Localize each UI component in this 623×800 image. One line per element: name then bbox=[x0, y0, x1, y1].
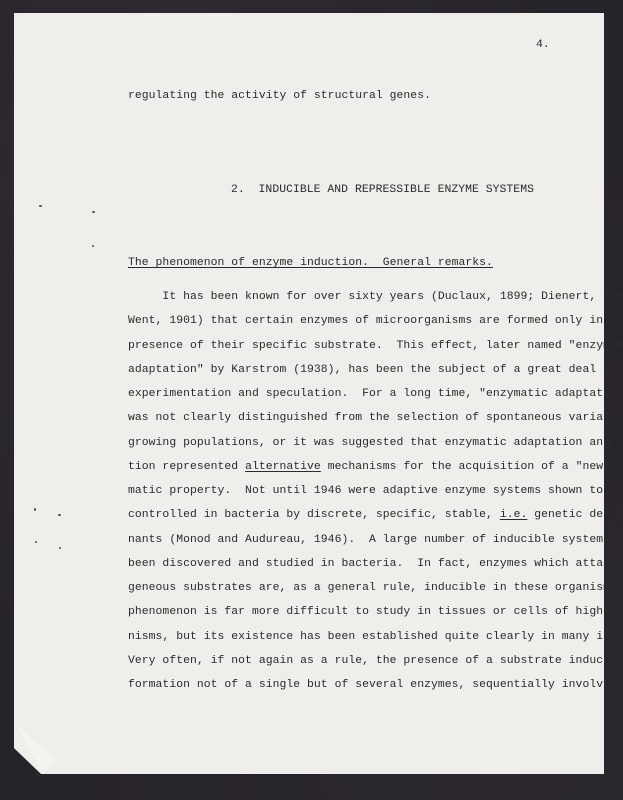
underlined-emphasis: i.e. bbox=[500, 509, 528, 521]
body-line: growing populations, or it was suggested… bbox=[128, 438, 623, 449]
body-line: geneous substrates are, as a general rul… bbox=[128, 583, 623, 594]
continuation-line: regulating the activity of structural ge… bbox=[128, 91, 431, 102]
paper-speck bbox=[59, 547, 61, 549]
page-number: 4. bbox=[536, 40, 550, 51]
body-line: adaptation" by Karstrom (1938), has been… bbox=[128, 365, 617, 376]
body-line: was not clearly distinguished from the s… bbox=[128, 413, 623, 424]
body-line: Went, 1901) that certain enzymes of micr… bbox=[128, 316, 623, 327]
subheading: The phenomenon of enzyme induction. Gene… bbox=[128, 258, 493, 269]
body-text: controlled in bacteria by discrete, spec… bbox=[128, 509, 500, 521]
body-line: phenomenon is far more difficult to stud… bbox=[128, 607, 623, 618]
body-line: presence of their specific substrate. Th… bbox=[128, 341, 623, 352]
paper-speck bbox=[58, 514, 61, 516]
paper-speck bbox=[34, 508, 36, 511]
underlined-emphasis: alternative bbox=[245, 461, 321, 473]
body-line: matic property. Not until 1946 were adap… bbox=[128, 486, 623, 497]
paper-speck bbox=[92, 245, 94, 247]
body-line: nisms, but its existence has been establ… bbox=[128, 632, 623, 643]
paper-speck bbox=[35, 541, 37, 543]
body-line: It has been known for over sixty years (… bbox=[128, 292, 623, 303]
body-line: experimentation and speculation. For a l… bbox=[128, 389, 623, 400]
body-text: tion represented bbox=[128, 461, 245, 473]
paper-speck bbox=[39, 205, 42, 207]
body-line: nants (Monod and Audureau, 1946). A larg… bbox=[128, 535, 623, 546]
body-text: mechanisms for the acquisition of a "new… bbox=[321, 461, 623, 473]
body-text: genetic determi- bbox=[527, 509, 623, 521]
section-heading: 2. INDUCIBLE AND REPRESSIBLE ENZYME SYST… bbox=[231, 185, 534, 196]
body-line: been discovered and studied in bacteria.… bbox=[128, 559, 623, 570]
paper-speck bbox=[92, 211, 95, 213]
body-line: Very often, if not again as a rule, the … bbox=[128, 656, 623, 667]
body-line: controlled in bacteria by discrete, spec… bbox=[128, 510, 623, 521]
body-line: formation not of a single but of several… bbox=[128, 680, 623, 691]
body-line: tion represented alternative mechanisms … bbox=[128, 462, 623, 473]
